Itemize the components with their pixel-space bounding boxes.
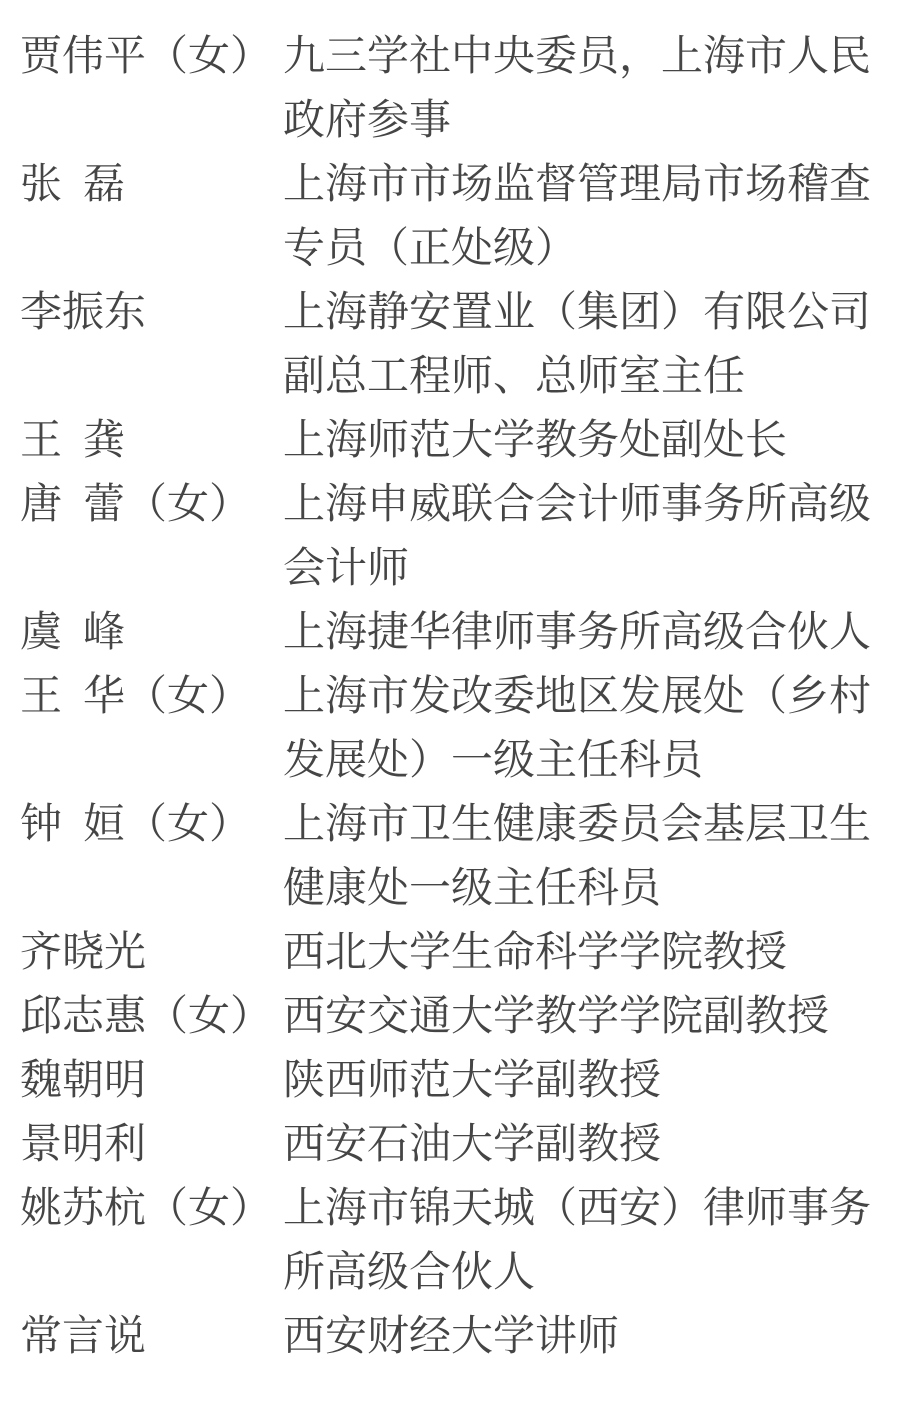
person-name: 景明利 [20,1112,283,1176]
person-title: 上海市发改委地区发展处（乡村发展处）一级主任科员 [283,664,883,792]
entry-row: 贾伟平（女） 九三学社中央委员，上海市人民政府参事 [20,24,880,152]
person-title: 西北大学生命科学学院教授 [283,920,883,984]
entry-row: 常言说 西安财经大学讲师 [20,1304,880,1368]
person-title: 上海静安置业（集团）有限公司副总工程师、总师室主任 [283,280,883,408]
entry-row: 虞 峰 上海捷华律师事务所高级合伙人 [20,600,880,664]
entry-row: 钟 姮（女） 上海市卫生健康委员会基层卫生健康处一级主任科员 [20,792,880,920]
name-list-document: 贾伟平（女） 九三学社中央委员，上海市人民政府参事 张 磊 上海市市场监督管理局… [0,0,900,1418]
person-name: 虞 峰 [20,600,283,664]
entry-row: 邱志惠（女） 西安交通大学教学学院副教授 [20,984,880,1048]
person-title: 陕西师范大学副教授 [283,1048,883,1112]
person-title: 九三学社中央委员，上海市人民政府参事 [283,24,883,152]
entry-row: 魏朝明 陕西师范大学副教授 [20,1048,880,1112]
entry-row: 姚苏杭（女） 上海市锦天城（西安）律师事务所高级合伙人 [20,1176,880,1304]
entry-row: 王 华（女） 上海市发改委地区发展处（乡村发展处）一级主任科员 [20,664,880,792]
person-name: 唐 蕾（女） [20,472,283,536]
person-name: 张 磊 [20,152,283,216]
person-title: 西安石油大学副教授 [283,1112,883,1176]
person-title: 上海申威联合会计师事务所高级会计师 [283,472,883,600]
entry-row: 齐晓光 西北大学生命科学学院教授 [20,920,880,984]
person-title: 上海市市场监督管理局市场稽查专员（正处级） [283,152,883,280]
person-name: 齐晓光 [20,920,283,984]
entry-row: 张 磊 上海市市场监督管理局市场稽查专员（正处级） [20,152,880,280]
person-name: 王 华（女） [20,664,283,728]
person-name: 姚苏杭（女） [20,1176,283,1240]
person-name: 贾伟平（女） [20,24,283,88]
person-title: 上海市卫生健康委员会基层卫生健康处一级主任科员 [283,792,883,920]
person-name: 李振东 [20,280,283,344]
person-name: 邱志惠（女） [20,984,283,1048]
person-title: 上海市锦天城（西安）律师事务所高级合伙人 [283,1176,883,1304]
person-name: 魏朝明 [20,1048,283,1112]
person-name: 常言说 [20,1304,283,1368]
person-title: 上海师范大学教务处副处长 [283,408,883,472]
person-title: 西安交通大学教学学院副教授 [283,984,883,1048]
person-name: 钟 姮（女） [20,792,283,856]
entry-row: 景明利 西安石油大学副教授 [20,1112,880,1176]
person-title: 西安财经大学讲师 [283,1304,883,1368]
entry-row: 唐 蕾（女） 上海申威联合会计师事务所高级会计师 [20,472,880,600]
person-title: 上海捷华律师事务所高级合伙人 [283,600,883,664]
entry-row: 王 龚 上海师范大学教务处副处长 [20,408,880,472]
entry-row: 李振东 上海静安置业（集团）有限公司副总工程师、总师室主任 [20,280,880,408]
person-name: 王 龚 [20,408,283,472]
